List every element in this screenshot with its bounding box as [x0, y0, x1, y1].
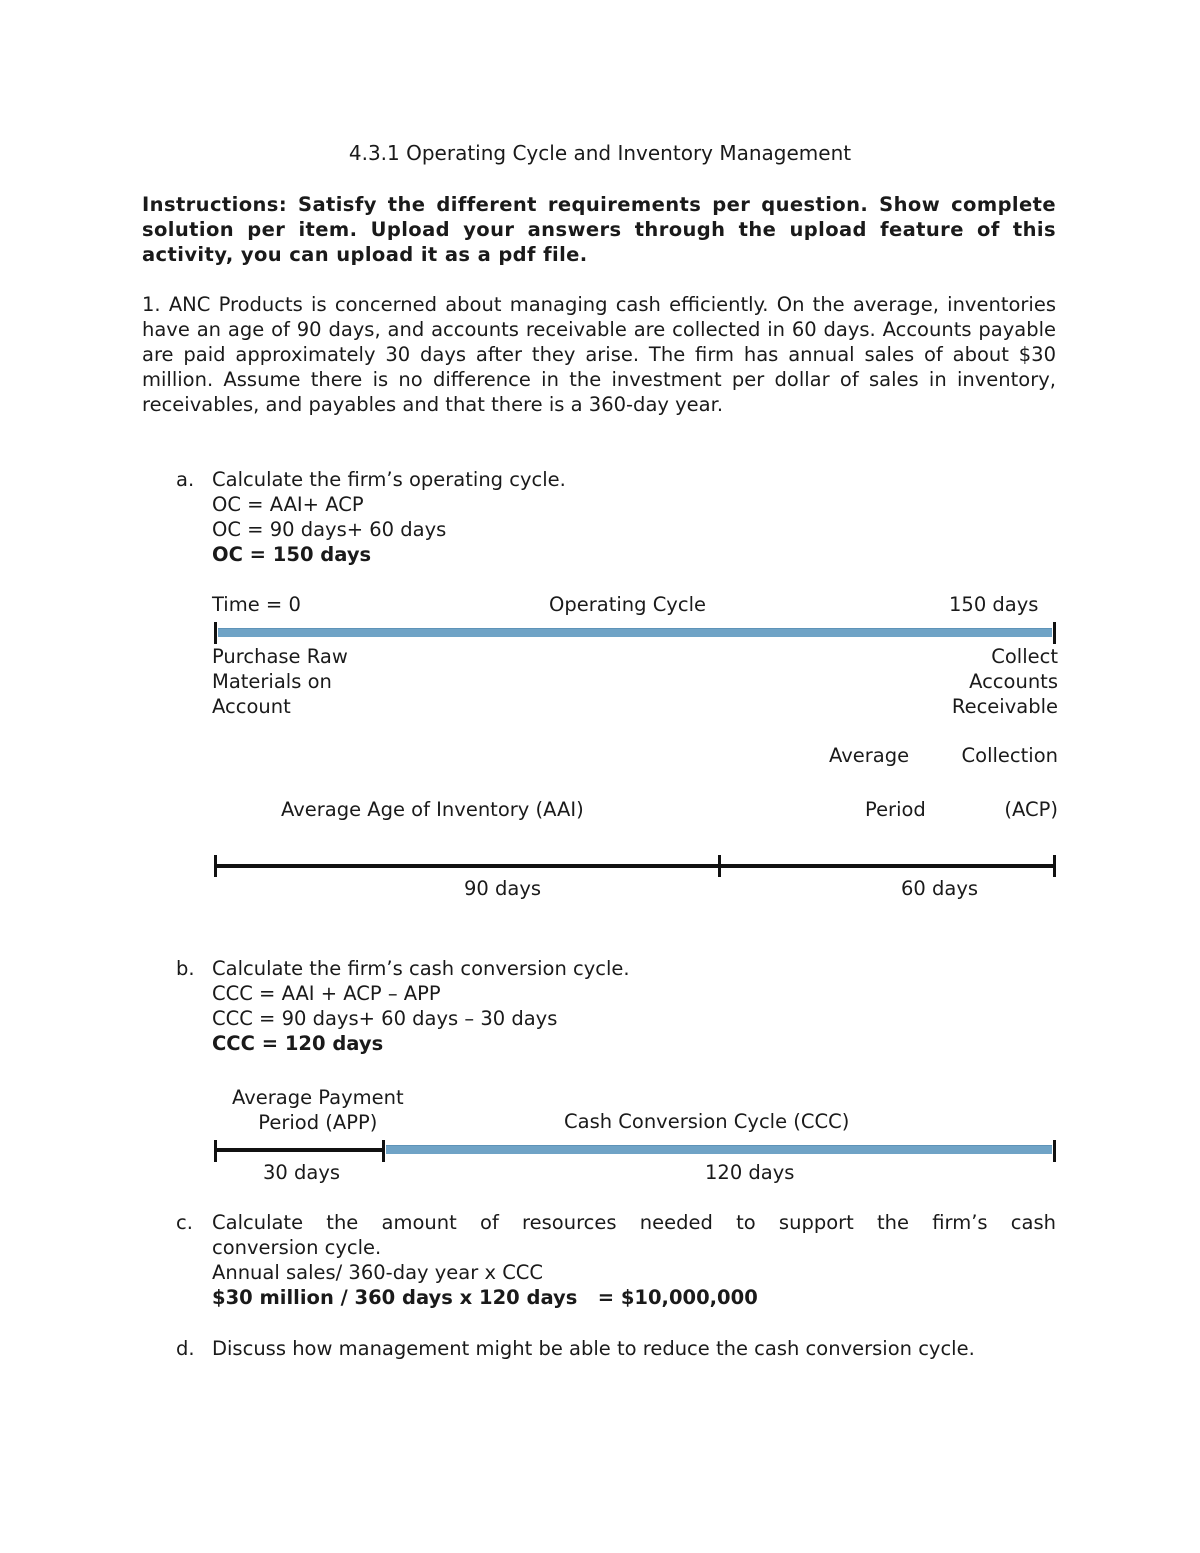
oc-center-label: Operating Cycle — [549, 593, 706, 616]
instructions: Instructions: Satisfy the different requ… — [142, 192, 1056, 267]
acp-label-average: Average — [829, 744, 909, 767]
comp-end-tick — [1053, 855, 1056, 877]
item-a-marker: a. — [176, 467, 206, 492]
ccc-end-tick — [1053, 1140, 1056, 1162]
item-b-question: Calculate the firm’s cash conversion cyc… — [212, 956, 630, 981]
comp-mid-tick — [718, 855, 721, 877]
operating-cycle-bar — [218, 628, 1052, 637]
item-b-answer: CCC = 120 days — [212, 1031, 630, 1056]
aai-label: Average Age of Inventory (AAI) — [281, 798, 584, 821]
item-c-question-line1: Calculate the amount of resources needed… — [212, 1210, 1056, 1235]
problem-statement: 1. ANC Products is concerned about manag… — [142, 292, 1056, 417]
item-b-marker: b. — [176, 956, 206, 981]
item-a-formula: OC = AAI+ ACP — [212, 492, 566, 517]
item-c-formula: Annual sales/ 360-day year x CCC — [212, 1260, 1056, 1285]
app-label: Average Payment Period (APP) — [232, 1085, 404, 1135]
acp-label-period: Period — [865, 798, 926, 821]
item-a-answer: OC = 150 days — [212, 542, 566, 567]
acp-label-collection: Collection — [962, 744, 1058, 767]
app-days-label: 30 days — [263, 1161, 340, 1184]
item-a-substitution: OC = 90 days+ 60 days — [212, 517, 566, 542]
document-title: 4.3.1 Operating Cycle and Inventory Mana… — [0, 141, 1200, 165]
oc-end-label: 150 days — [949, 593, 1038, 616]
item-a-question: Calculate the firm’s operating cycle. — [212, 467, 566, 492]
components-bar — [216, 864, 1056, 868]
aai-days-label: 90 days — [464, 877, 541, 900]
oc-left-caption: Purchase Raw Materials on Account — [212, 644, 348, 719]
item-c-marker: c. — [176, 1210, 206, 1235]
app-bar — [216, 1148, 384, 1152]
item-d-question: Discuss how management might be able to … — [212, 1336, 975, 1361]
oc-start-label: Time = 0 — [212, 593, 301, 616]
item-d-marker: d. — [176, 1336, 206, 1361]
ccc-days-label: 120 days — [705, 1161, 794, 1184]
ccc-bar — [386, 1145, 1052, 1154]
ccc-label: Cash Conversion Cycle (CCC) — [564, 1110, 849, 1133]
acp-label-abbrev: (ACP) — [1004, 798, 1058, 821]
item-c-answer: $30 million / 360 days x 120 days = $10,… — [212, 1285, 1056, 1310]
oc-end-tick — [1053, 622, 1056, 644]
item-b-formula: CCC = AAI + ACP – APP — [212, 981, 630, 1006]
item-c-question-line2: conversion cycle. — [212, 1235, 1056, 1260]
oc-start-tick — [214, 622, 217, 644]
item-b-substitution: CCC = 90 days+ 60 days – 30 days — [212, 1006, 630, 1031]
acp-days-label: 60 days — [901, 877, 978, 900]
oc-right-caption: Collect Accounts Receivable — [952, 644, 1058, 719]
